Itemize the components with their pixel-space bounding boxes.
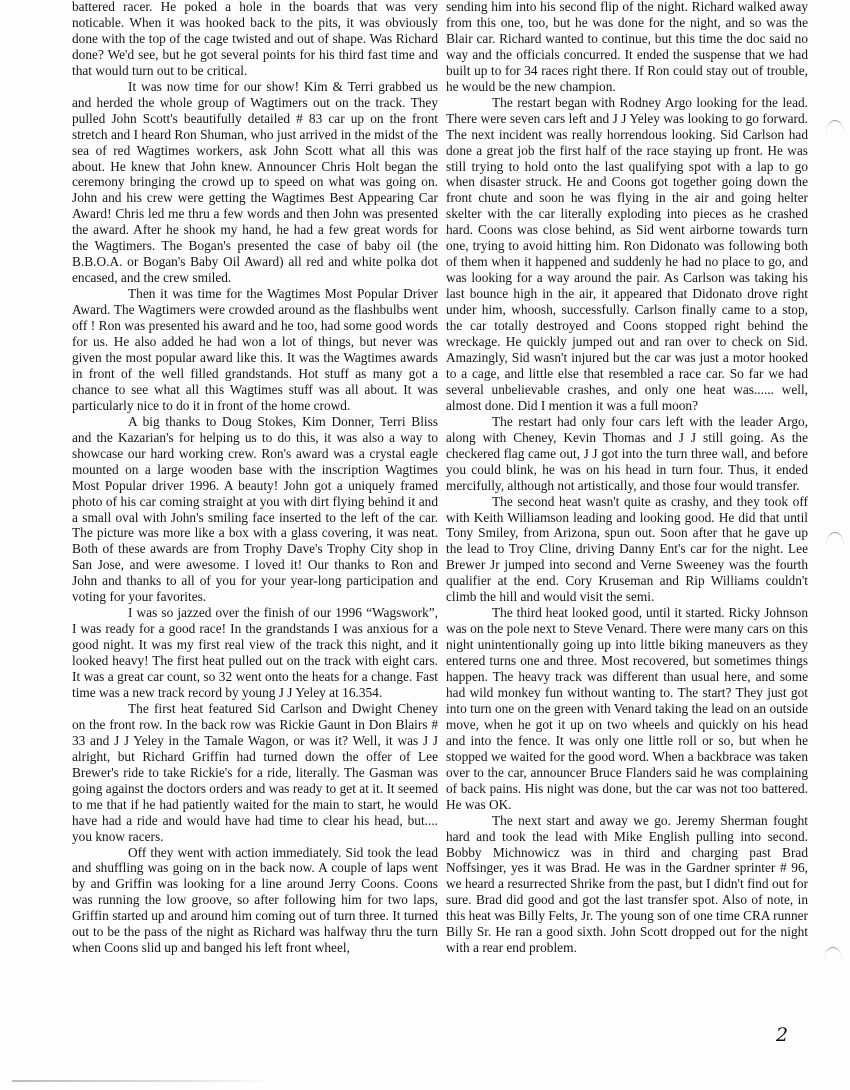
paragraph-next-start: The next start and away we go. Jeremy Sh… [446, 813, 808, 957]
paragraph-awards-show: It was now time for our show! Kim & Terr… [72, 79, 438, 286]
paragraph-third-heat: The third heat looked good, until it sta… [446, 605, 808, 812]
scan-edge-line [12, 1080, 277, 1082]
paragraph-race-night: I was so jazzed over the finish of our 1… [72, 605, 438, 701]
paragraph-four-cars: The restart had only four cars left with… [446, 414, 808, 494]
paragraph-first-heat: The first heat featured Sid Carlson and … [72, 701, 438, 845]
paragraph-second-flip: sending him into his second flip of the … [446, 0, 808, 95]
left-column: battered racer. He poked a hole in the b… [72, 0, 438, 956]
hole-punch-mark [826, 532, 844, 559]
paragraph-second-heat: The second heat wasn't quite as crashy, … [446, 494, 808, 606]
right-column: sending him into his second flip of the … [446, 0, 808, 956]
scanned-page: battered racer. He poked a hole in the b… [0, 0, 850, 1090]
paragraph-popular-driver: Then it was time for the Wagtimes Most P… [72, 286, 438, 414]
page-number: 2 [776, 1024, 788, 1046]
paragraph-thanks: A big thanks to Doug Stokes, Kim Donner,… [72, 414, 438, 605]
paragraph-continuation: battered racer. He poked a hole in the b… [72, 0, 438, 79]
paragraph-action: Off they went with action immediately. S… [72, 845, 438, 957]
hole-punch-mark [824, 947, 842, 974]
hole-punch-mark [826, 120, 844, 147]
paragraph-restart: The restart began with Rodney Argo looki… [446, 95, 808, 414]
